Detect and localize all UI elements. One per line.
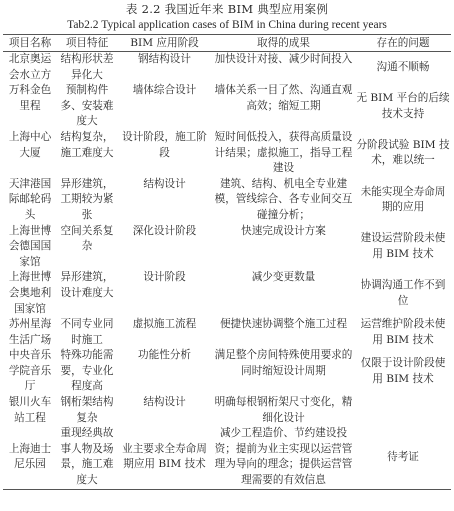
cell-result: 短时间低投入，获得高质量设计结果；虚拟施工，指导工程建设 (212, 130, 355, 177)
cell-stage: 钢结构设计 (117, 52, 212, 84)
cell-name: 苏州星海生活广场 (3, 317, 57, 348)
cell-name: 上海迪士尼乐园 (3, 426, 57, 489)
bim-cases-table: 项目名称 项目特征 BIM 应用阶段 取得的成果 存在的问题 北京奥运会水立方 … (3, 34, 451, 490)
table-row: 苏州星海生活广场 不同专业同时施工 虚拟施工流程 便捷快速协调整个施工过程 运营… (3, 317, 451, 348)
cell-problem: 建设运营阶段未使用 BIM 技术 (355, 224, 451, 271)
cell-result: 加快设计对接、减少时间投入 (212, 52, 355, 84)
cell-problem: 仅限于设计阶段使用 BIM 技术 (355, 348, 451, 395)
document-page: 表 2.2 我国近年来 BIM 典型应用案例 Tab2.2 Typical ap… (0, 0, 454, 511)
cell-name: 北京奥运会水立方 (3, 52, 57, 84)
cell-problem: 沟通不顺畅 (355, 52, 451, 84)
table-header-row: 项目名称 项目特征 BIM 应用阶段 取得的成果 存在的问题 (3, 35, 451, 52)
cell-result: 明确每根钢桁架尺寸变化，精细化设计 (212, 395, 355, 426)
cell-problem: 未能实现全寿命周期的应用 (355, 177, 451, 224)
header-results: 取得的成果 (212, 35, 355, 52)
table-row: 北京奥运会水立方 结构形状差异化大 钢结构设计 加快设计对接、减少时间投入 沟通… (3, 52, 451, 84)
cell-stage: 结构设计 (117, 177, 212, 224)
cell-name: 银川火车站工程 (3, 395, 57, 426)
cell-stage: 业主要求全寿命周期应用 BIM 技术 (117, 426, 212, 489)
cell-problem: 无 BIM 平台的后续技术支持 (355, 83, 451, 130)
cell-feature: 空间关系复杂 (57, 224, 117, 271)
table-row: 天津港国际邮轮码头 异形建筑，工期较为紧张 结构设计 建筑、结构、机电全专业建模… (3, 177, 451, 224)
cell-name: 万科金色里程 (3, 83, 57, 130)
table-row: 上海世博会德国国家馆 空间关系复杂 深化设计阶段 快速完成设计方案 建设运营阶段… (3, 224, 451, 271)
cell-result: 减少工程造价、节约建设投资；提前为业主实现以运营管理为导向的理念；提供运营管理需… (212, 426, 355, 489)
cell-result: 建筑、结构、机电全专业建模，管线综合、各专业间交互碰撞分析； (212, 177, 355, 224)
header-problems: 存在的问题 (355, 35, 451, 52)
cell-feature: 结构复杂，施工难度大 (57, 130, 117, 177)
cell-feature: 异形建筑，工期较为紧张 (57, 177, 117, 224)
cell-feature: 重现经典故事人物及场景，施工难度大 (57, 426, 117, 489)
table-row: 万科金色里程 预制构件多、安装难度大 墙体综合设计 墙体关系一目了然、沟通直观高… (3, 83, 451, 130)
table-row: 上海中心大厦 结构复杂，施工难度大 设计阶段，施工阶段 短时间低投入，获得高质量… (3, 130, 451, 177)
cell-stage: 功能性分析 (117, 348, 212, 395)
cell-name: 上海中心大厦 (3, 130, 57, 177)
cell-stage: 虚拟施工流程 (117, 317, 212, 348)
cell-stage: 墙体综合设计 (117, 83, 212, 130)
table-caption-english: Tab2.2 Typical application cases of BIM … (0, 18, 454, 32)
cell-result: 墙体关系一目了然、沟通直观高效；缩短工期 (212, 83, 355, 130)
cell-problem (355, 395, 451, 426)
cell-feature: 结构形状差异化大 (57, 52, 117, 84)
cell-name: 天津港国际邮轮码头 (3, 177, 57, 224)
header-project-feature: 项目特征 (57, 35, 117, 52)
table-row: 上海迪士尼乐园 重现经典故事人物及场景，施工难度大 业主要求全寿命周期应用 BI… (3, 426, 451, 489)
cell-result: 快速完成设计方案 (212, 224, 355, 271)
cell-problem: 分阶段试验 BIM 技术，难以统一 (355, 130, 451, 177)
cell-name: 上海世博会奥地利国家馆 (3, 270, 57, 317)
header-project-name: 项目名称 (3, 35, 57, 52)
cell-feature: 异形建筑，设计难度大 (57, 270, 117, 317)
cell-feature: 不同专业同时施工 (57, 317, 117, 348)
cell-stage: 深化设计阶段 (117, 224, 212, 271)
header-bim-stage: BIM 应用阶段 (117, 35, 212, 52)
cell-result: 减少变更数量 (212, 270, 355, 317)
cell-name: 上海世博会德国国家馆 (3, 224, 57, 271)
cell-stage: 结构设计 (117, 395, 212, 426)
cell-name: 中央音乐学院音乐厅 (3, 348, 57, 395)
cell-problem: 运营维护阶段未使用 BIM 技术 (355, 317, 451, 348)
table-caption-chinese: 表 2.2 我国近年来 BIM 典型应用案例 (0, 2, 454, 16)
cell-problem: 待考证 (355, 426, 451, 489)
cell-feature: 钢桁架结构复杂 (57, 395, 117, 426)
table-row: 中央音乐学院音乐厅 特殊功能需要，专业化程度高 功能性分析 满足整个房间特殊使用… (3, 348, 451, 395)
cell-result: 便捷快速协调整个施工过程 (212, 317, 355, 348)
cell-problem: 协调沟通工作不到位 (355, 270, 451, 317)
cell-stage: 设计阶段，施工阶段 (117, 130, 212, 177)
table-row: 上海世博会奥地利国家馆 异形建筑，设计难度大 设计阶段 减少变更数量 协调沟通工… (3, 270, 451, 317)
cell-stage: 设计阶段 (117, 270, 212, 317)
cell-feature: 预制构件多、安装难度大 (57, 83, 117, 130)
cell-result: 满足整个房间特殊使用要求的同时缩短设计周期 (212, 348, 355, 395)
table-row: 银川火车站工程 钢桁架结构复杂 结构设计 明确每根钢桁架尺寸变化，精细化设计 (3, 395, 451, 426)
cell-feature: 特殊功能需要，专业化程度高 (57, 348, 117, 395)
